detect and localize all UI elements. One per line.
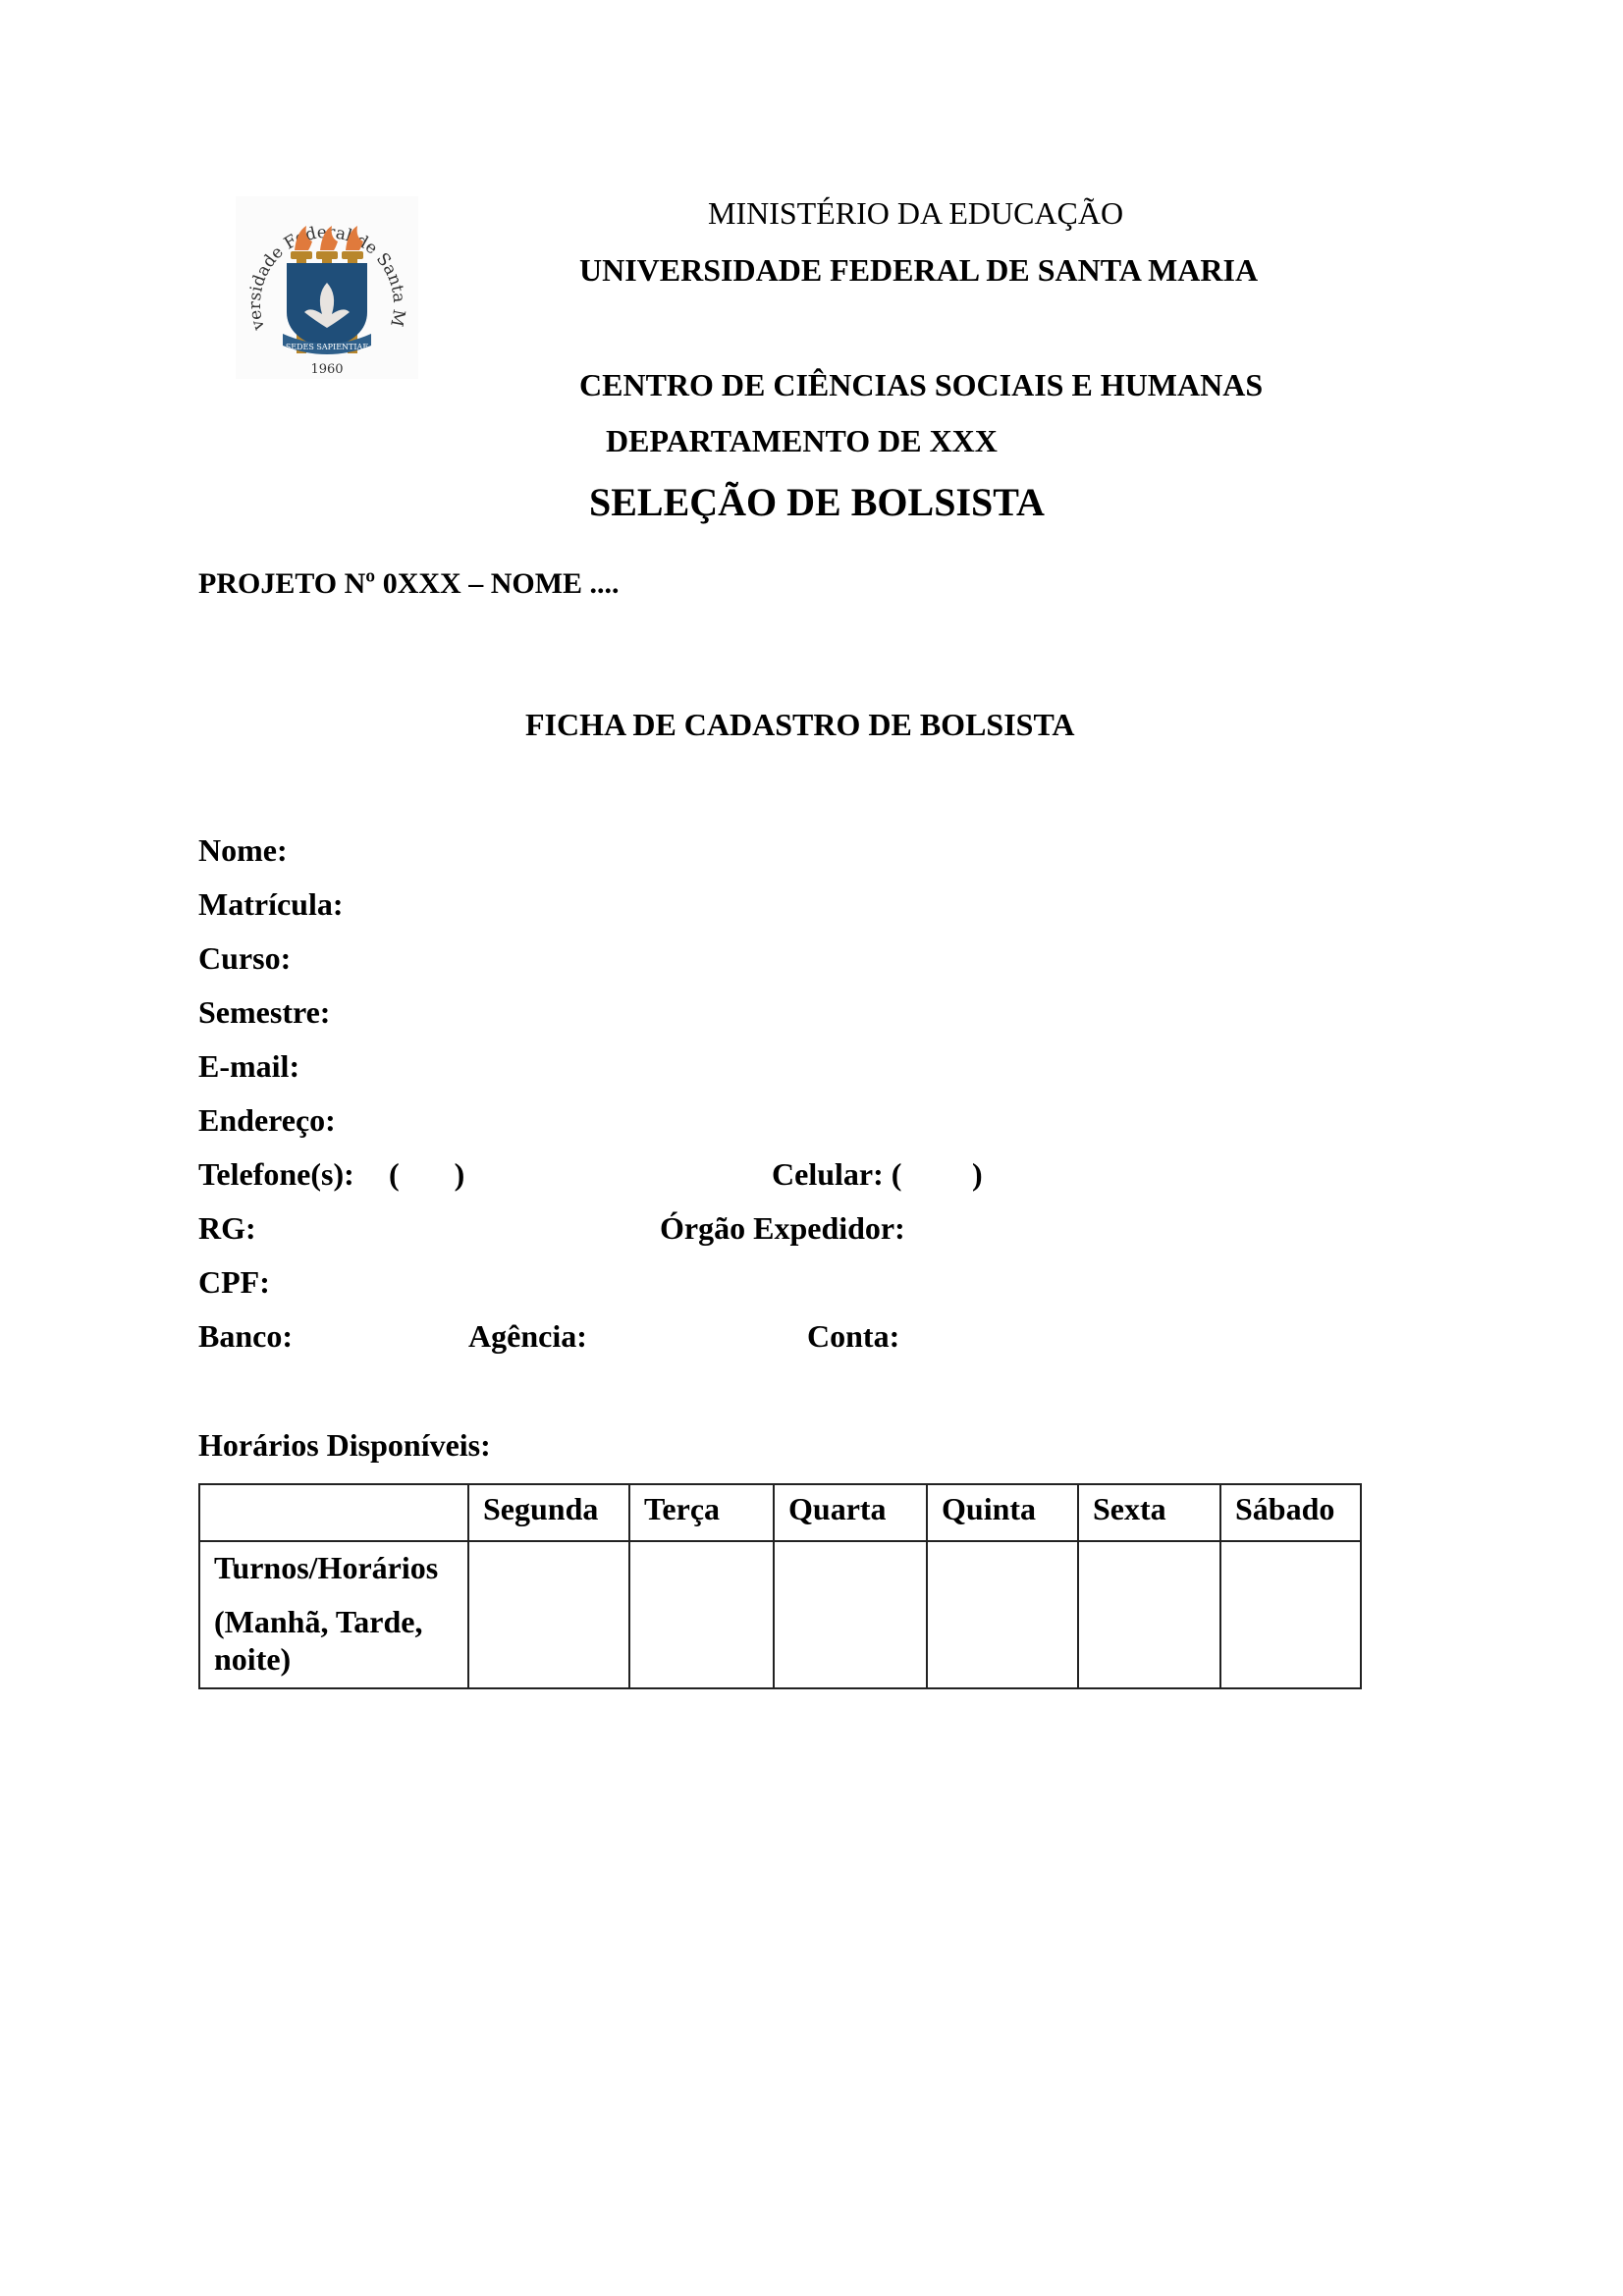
header-cell-segunda: Segunda [468,1484,629,1541]
header-cell-sabado: Sábado [1220,1484,1361,1541]
department-line: DEPARTAMENTO DE XXX [606,423,998,459]
field-orgao-expedidor: Órgão Expedidor: [660,1210,905,1247]
field-nome: Nome: [198,832,288,869]
cell-sexta[interactable] [1078,1541,1220,1688]
schedule-table: Segunda Terça Quarta Quinta Sexta Sábado… [198,1483,1362,1689]
cell-quarta[interactable] [774,1541,927,1688]
field-endereco: Endereço: [198,1102,336,1139]
header-cell-quinta: Quinta [927,1484,1078,1541]
field-cpf: CPF: [198,1264,270,1301]
header-cell-quarta: Quarta [774,1484,927,1541]
table-header-row: Segunda Terça Quarta Quinta Sexta Sábado [199,1484,1361,1541]
field-conta: Conta: [807,1318,899,1355]
cell-segunda[interactable] [468,1541,629,1688]
row-header-line1: Turnos/Horários [214,1548,454,1587]
selection-title: SELEÇÃO DE BOLSISTA [589,479,1045,525]
svg-text:1960: 1960 [310,362,343,377]
header-cell-terca: Terça [629,1484,774,1541]
university-logo: Universidade Federal de Santa Maria SEDE… [236,196,418,379]
header-cell-empty [199,1484,468,1541]
field-celular: Celular: ( [772,1156,901,1193]
field-banco: Banco: [198,1318,293,1355]
schedule-title: Horários Disponíveis: [198,1427,491,1464]
table-row: Turnos/Horários (Manhã, Tarde, noite) [199,1541,1361,1688]
ministry-line: MINISTÉRIO DA EDUCAÇÃO [708,195,1123,232]
ufsm-crest-icon: Universidade Federal de Santa Maria SEDE… [236,196,418,379]
field-agencia: Agência: [468,1318,587,1355]
cell-terca[interactable] [629,1541,774,1688]
field-telefone: Telefone(s): [198,1156,354,1193]
row-header-line2: (Manhã, Tarde, noite) [214,1603,454,1678]
header-cell-sexta: Sexta [1078,1484,1220,1541]
field-telefone-parens: ( ) [389,1156,464,1193]
field-rg: RG: [198,1210,256,1247]
svg-text:SEDES SAPIENTIAE: SEDES SAPIENTIAE [286,343,369,351]
cell-quinta[interactable] [927,1541,1078,1688]
form-title: FICHA DE CADASTRO DE BOLSISTA [525,707,1075,743]
university-line: UNIVERSIDADE FEDERAL DE SANTA MARIA [579,252,1258,289]
project-line: PROJETO Nº 0XXX – NOME .... [198,567,620,601]
field-curso: Curso: [198,940,291,977]
field-email: E-mail: [198,1048,299,1085]
row-header-turnos: Turnos/Horários (Manhã, Tarde, noite) [199,1541,468,1688]
field-semestre: Semestre: [198,994,330,1031]
cell-sabado[interactable] [1220,1541,1361,1688]
field-matricula: Matrícula: [198,886,344,923]
field-celular-close: ) [972,1156,983,1193]
center-line: CENTRO DE CIÊNCIAS SOCIAIS E HUMANAS [579,367,1263,403]
